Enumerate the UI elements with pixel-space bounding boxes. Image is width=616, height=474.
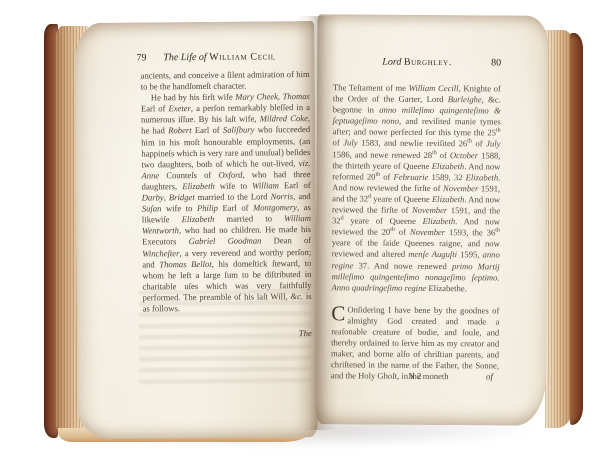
left-paragraph-continuation: ancients, and conceive a ſilent admirati… (141, 69, 310, 93)
left-paragraph-family: He had by his firſt wife Mary Cheek, Tho… (141, 91, 312, 314)
left-running-title-italic: The Life of (163, 52, 206, 63)
testament-paragraph: The Teſtament of me William Cecill, Knig… (331, 82, 500, 294)
drop-cap-letter: C (331, 305, 345, 323)
right-running-title-italic: Lord (382, 57, 401, 68)
left-page-number: 79 (136, 52, 146, 63)
left-running-title-caps: William Cecil (209, 51, 276, 63)
right-page: Lord Burghley. 80 The Teſtament of me Wi… (315, 14, 549, 426)
right-cover-edge (570, 33, 583, 425)
left-page-text-block: ancients, and conceive a ſilent admirati… (141, 69, 312, 315)
signature-line: N 2 of (331, 370, 499, 381)
left-running-header: 79 The Life of William Cecil (130, 51, 308, 64)
signature-mark: N 2 (408, 371, 421, 381)
left-catchword: The (143, 328, 312, 339)
book-photo: 79 The Life of William Cecil ancients, a… (0, 0, 616, 474)
show-through-text (139, 289, 312, 390)
right-catchword: of (486, 371, 493, 381)
right-running-header: Lord Burghley. 80 (331, 56, 503, 68)
right-running-title-caps: Burghley. (404, 57, 452, 68)
left-page: 79 The Life of William Cecil ancients, a… (74, 21, 318, 439)
right-page-number: 80 (491, 57, 501, 68)
right-page-text-block: The Teſtament of me William Cecill, Knig… (331, 82, 501, 383)
